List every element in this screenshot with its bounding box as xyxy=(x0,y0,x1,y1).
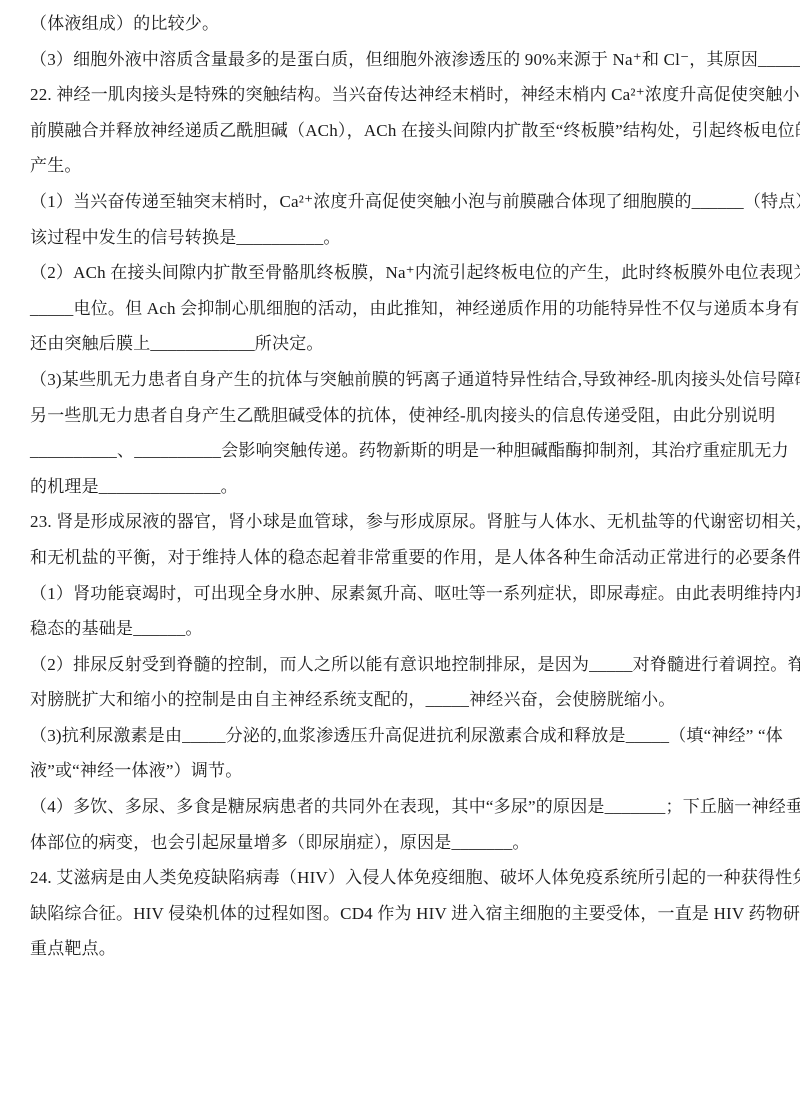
doc-line-05: 产生。 xyxy=(30,148,776,184)
doc-line-04: 前膜融合并释放神经递质乙酰胆碱（ACh），ACh 在接头间隙内扩散至“终板膜”结… xyxy=(30,113,776,149)
doc-line-21: （3)抗利尿激素是由_____分泌的,血浆渗透压升高促进抗利尿激素合成和释放是_… xyxy=(30,718,776,754)
doc-line-25: 24. 艾滋病是由人类免疫缺陷病毒（HIV）入侵人体免疫细胞、破坏人体免疫系统所… xyxy=(30,860,776,896)
exam-document-page: （体液组成）的比较少。 （3）细胞外液中溶质含量最多的是蛋白质，但细胞外液渗透压… xyxy=(0,0,800,1117)
doc-line-07: 该过程中发生的信号转换是__________。 xyxy=(30,220,776,256)
doc-line-13: __________、__________会影响突触传递。药物新斯的明是一种胆碱… xyxy=(30,433,776,469)
doc-line-02: （3）细胞外液中溶质含量最多的是蛋白质，但细胞外液渗透压的 90%来源于 Na⁺… xyxy=(30,42,776,78)
doc-line-26: 缺陷综合征。HIV 侵染机体的过程如图。CD4 作为 HIV 进入宿主细胞的主要… xyxy=(30,896,776,932)
doc-line-10: 还由突触后膜上____________所决定。 xyxy=(30,326,776,362)
doc-line-20: 对膀胱扩大和缩小的控制是由自主神经系统支配的，_____神经兴奋，会使膀胱缩小。 xyxy=(30,682,776,718)
doc-line-24: 体部位的病变，也会引起尿量增多（即尿崩症），原因是_______。 xyxy=(30,825,776,861)
doc-line-23: （4）多饮、多尿、多食是糖尿病患者的共同外在表现，其中“多尿”的原因是_____… xyxy=(30,789,776,825)
doc-line-14: 的机理是______________。 xyxy=(30,469,776,505)
doc-line-12: 另一些肌无力患者自身产生乙酰胆碱受体的抗体，使神经-肌肉接头的信息传递受阻，由此… xyxy=(30,398,776,434)
doc-line-27: 重点靶点。 xyxy=(30,931,776,967)
doc-line-03: 22. 神经一肌肉接头是特殊的突触结构。当兴奋传达神经末梢时，神经末梢内 Ca²… xyxy=(30,77,776,113)
doc-line-22: 液”或“神经一体液”）调节。 xyxy=(30,753,776,789)
doc-line-19: （2）排尿反射受到脊髓的控制，而人之所以能有意识地控制排尿，是因为_____对脊… xyxy=(30,647,776,683)
doc-line-15: 23. 肾是形成尿液的器官，肾小球是血管球，参与形成原尿。肾脏与人体水、无机盐等… xyxy=(30,504,776,540)
doc-line-16: 和无机盐的平衡，对于维持人体的稳态起着非常重要的作用，是人体各种生命活动正常进行… xyxy=(30,540,776,576)
doc-line-11: （3)某些肌无力患者自身产生的抗体与突触前膜的钙离子通道特异性结合,导致神经-肌… xyxy=(30,362,776,398)
doc-line-08: （2）ACh 在接头间隙内扩散至骨骼肌终板膜，Na⁺内流引起终板电位的产生，此时… xyxy=(30,255,776,291)
doc-line-09: _____电位。但 Ach 会抑制心肌细胞的活动，由此推知，神经递质作用的功能特… xyxy=(30,291,776,327)
doc-line-01: （体液组成）的比较少。 xyxy=(30,6,776,42)
doc-line-17: （1）肾功能衰竭时，可出现全身水肿、尿素氮升高、呕吐等一系列症状，即尿毒症。由此… xyxy=(30,576,776,612)
doc-line-06: （1）当兴奋传递至轴突末梢时，Ca²⁺浓度升高促使突触小泡与前膜融合体现了细胞膜… xyxy=(30,184,776,220)
doc-line-18: 稳态的基础是______。 xyxy=(30,611,776,647)
